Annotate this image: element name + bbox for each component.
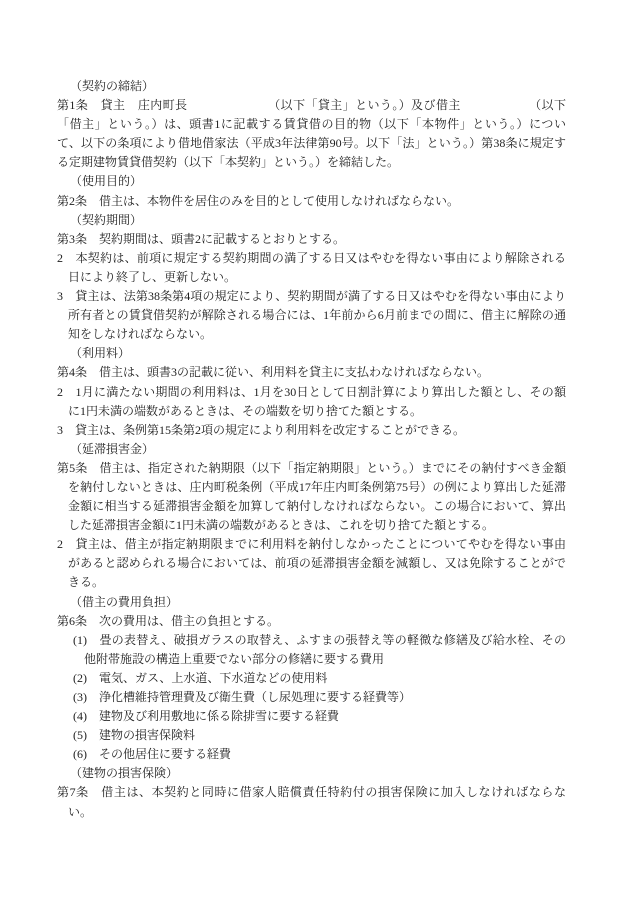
section-caption: （建物の損害保険） bbox=[57, 764, 566, 783]
article-paragraph: 第7条 借主は、本契約と同時に借家人賠償責任特約付の損害保険に加入しなければなら… bbox=[57, 783, 566, 821]
contract-body: （契約の締結）第1条 貸主 庄内町長 （以下「貸主」という。）及び借主 （以下「… bbox=[57, 77, 566, 822]
article-paragraph: 第3条 契約期間は、頭書2に記載するとおりとする。 bbox=[57, 230, 566, 249]
article-paragraph: 第6条 次の費用は、借主の負担とする。 bbox=[57, 612, 566, 631]
cost-item: (6) その他居住に要する経費 bbox=[57, 745, 566, 764]
article-paragraph: 第1条 貸主 庄内町長 （以下「貸主」という。）及び借主 （以下「借主」という。… bbox=[57, 96, 566, 172]
numbered-paragraph: 2 本契約は、前項に規定する契約期間の満了する日又はやむを得ない事由により解除さ… bbox=[57, 249, 566, 287]
numbered-paragraph: 3 貸主は、法第38条第4項の規定により、契約期間が満了する日又はやむを得ない事… bbox=[57, 287, 566, 344]
article-paragraph: 第4条 借主は、頭書3の記載に従い、利用料を貸主に支払わなければならない。 bbox=[57, 363, 566, 382]
cost-item: (1) 畳の表替え、破損ガラスの取替え、ふすまの張替え等の軽微な修繕及び給水栓、… bbox=[57, 631, 566, 669]
cost-item: (5) 建物の損害保険料 bbox=[57, 726, 566, 745]
section-caption: （借主の費用負担） bbox=[57, 593, 566, 612]
section-caption: （契約の締結） bbox=[57, 77, 566, 96]
section-caption: （契約期間） bbox=[57, 211, 566, 230]
section-caption: （延滞損害金） bbox=[57, 440, 566, 459]
numbered-paragraph: 2 貸主は、借主が指定納期限までに利用料を納付しなかったことについてやむを得ない… bbox=[57, 535, 566, 592]
cost-item: (3) 浄化槽維持管理費及び衛生費（し尿処理に要する経費等） bbox=[57, 688, 566, 707]
cost-item: (2) 電気、ガス、上水道、下水道などの使用料 bbox=[57, 669, 566, 688]
article-paragraph: 第2条 借主は、本物件を居住のみを目的として使用しなければならない。 bbox=[57, 192, 566, 211]
section-caption: （使用目的） bbox=[57, 172, 566, 191]
numbered-paragraph: 2 1月に満たない期間の利用料は、1月を30日として日割計算により算出した額とし… bbox=[57, 383, 566, 421]
contract-page: （契約の締結）第1条 貸主 庄内町長 （以下「貸主」という。）及び借主 （以下「… bbox=[0, 0, 630, 903]
article-paragraph: 第5条 借主は、指定された納期限（以下「指定納期限」という。）までにその納付すべ… bbox=[57, 459, 566, 535]
cost-item: (4) 建物及び利用敷地に係る除排雪に要する経費 bbox=[57, 707, 566, 726]
section-caption: （利用料） bbox=[57, 344, 566, 363]
numbered-paragraph: 3 貸主は、条例第15条第2項の規定により利用料を改定することができる。 bbox=[57, 421, 566, 440]
